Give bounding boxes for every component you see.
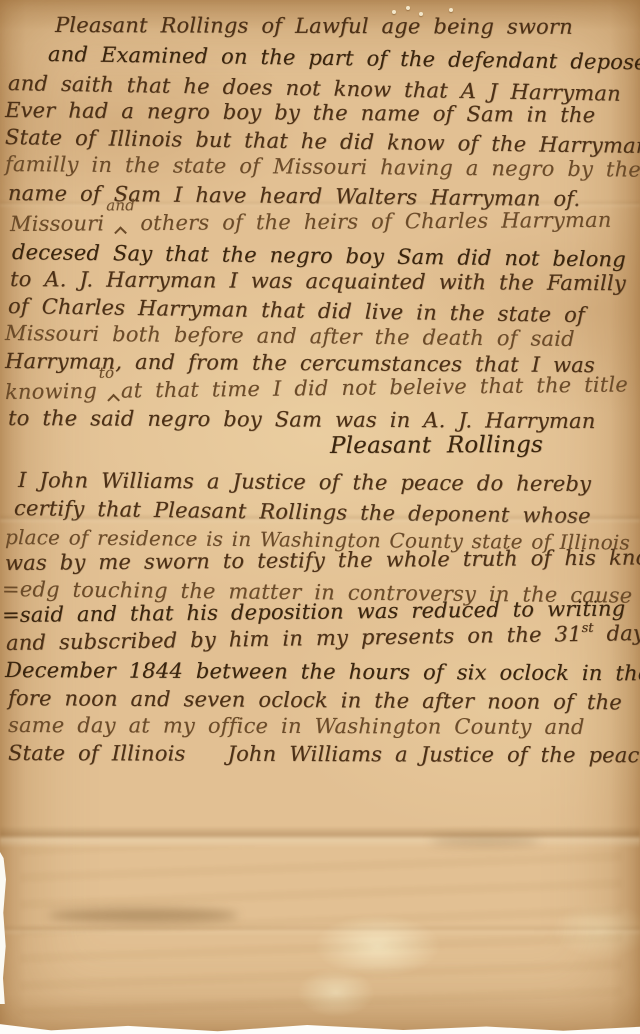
line-text-after: day of [606, 620, 640, 645]
deposition-line: Ever had a negro boy by the name of Sam … [5, 98, 595, 127]
fold-crease [0, 826, 640, 848]
insertion-anchor: to [97, 388, 121, 398]
fold-crease [0, 514, 640, 524]
line-text-before: Missouri [10, 211, 104, 236]
deponent-signature: Pleasant Rollings [330, 432, 543, 459]
manuscript-page: Pleasant Rollings of Lawful age being sw… [0, 0, 640, 1034]
pinhole [392, 10, 396, 14]
line-text-before: and subscribed by him in my presents on … [6, 622, 582, 655]
pinhole [419, 12, 423, 16]
state-location-text: State of Illinois [8, 741, 186, 766]
deposition-line: to A. J. Harryman I was acquainted with … [10, 267, 626, 295]
caret-icon [107, 394, 120, 407]
justice-signature: John Williams a Justice of the peace [227, 742, 640, 767]
certification-closing-line: State of Illinois John Williams a Justic… [8, 741, 630, 767]
pinhole [406, 6, 410, 10]
deposition-line: to the said negro boy Sam was in A. J. H… [8, 406, 596, 433]
deposition-line: familly in the state of Missouri having … [5, 152, 640, 182]
line-text-before: knowing [5, 379, 97, 404]
superscript-st: st [581, 621, 593, 636]
caret-icon [114, 226, 127, 239]
deposition-line: Pleasant Rollings of Lawful age being sw… [55, 13, 573, 39]
ink-smudge [430, 836, 540, 846]
bleed-through-writing [20, 846, 622, 1014]
pinhole [449, 8, 453, 12]
certification-line: December 1844 between the hours of six o… [5, 658, 640, 685]
scanned-document: Pleasant Rollings of Lawful age being sw… [0, 0, 640, 1034]
certification-line: fore noon and seven oclock in the after … [8, 686, 622, 714]
insertion-anchor: and [104, 220, 140, 230]
deposition-line: and Examined on the part of the defendan… [48, 42, 640, 75]
certification-line: I John Williams a Justice of the peace d… [18, 468, 591, 496]
fold-crease [0, 200, 640, 208]
inserted-word: to [99, 364, 115, 382]
deposition-line-with-insertion: Missouriandothers of the heirs of Charle… [10, 208, 612, 236]
deposition-line: Missouri both before and after the death… [5, 321, 575, 351]
deposition-line-with-insertion: knowingtoat that time I did not beleive … [5, 372, 628, 404]
line-text-after: at that time I did not beleive that the … [121, 372, 628, 402]
scan-edge-bottom [0, 1016, 640, 1034]
line-text-after: others of the heirs of Charles Harryman [140, 208, 611, 235]
certification-line: same day at my office in Washington Coun… [8, 713, 585, 739]
certification-line: was by me sworn to testify the whole tru… [5, 545, 640, 575]
